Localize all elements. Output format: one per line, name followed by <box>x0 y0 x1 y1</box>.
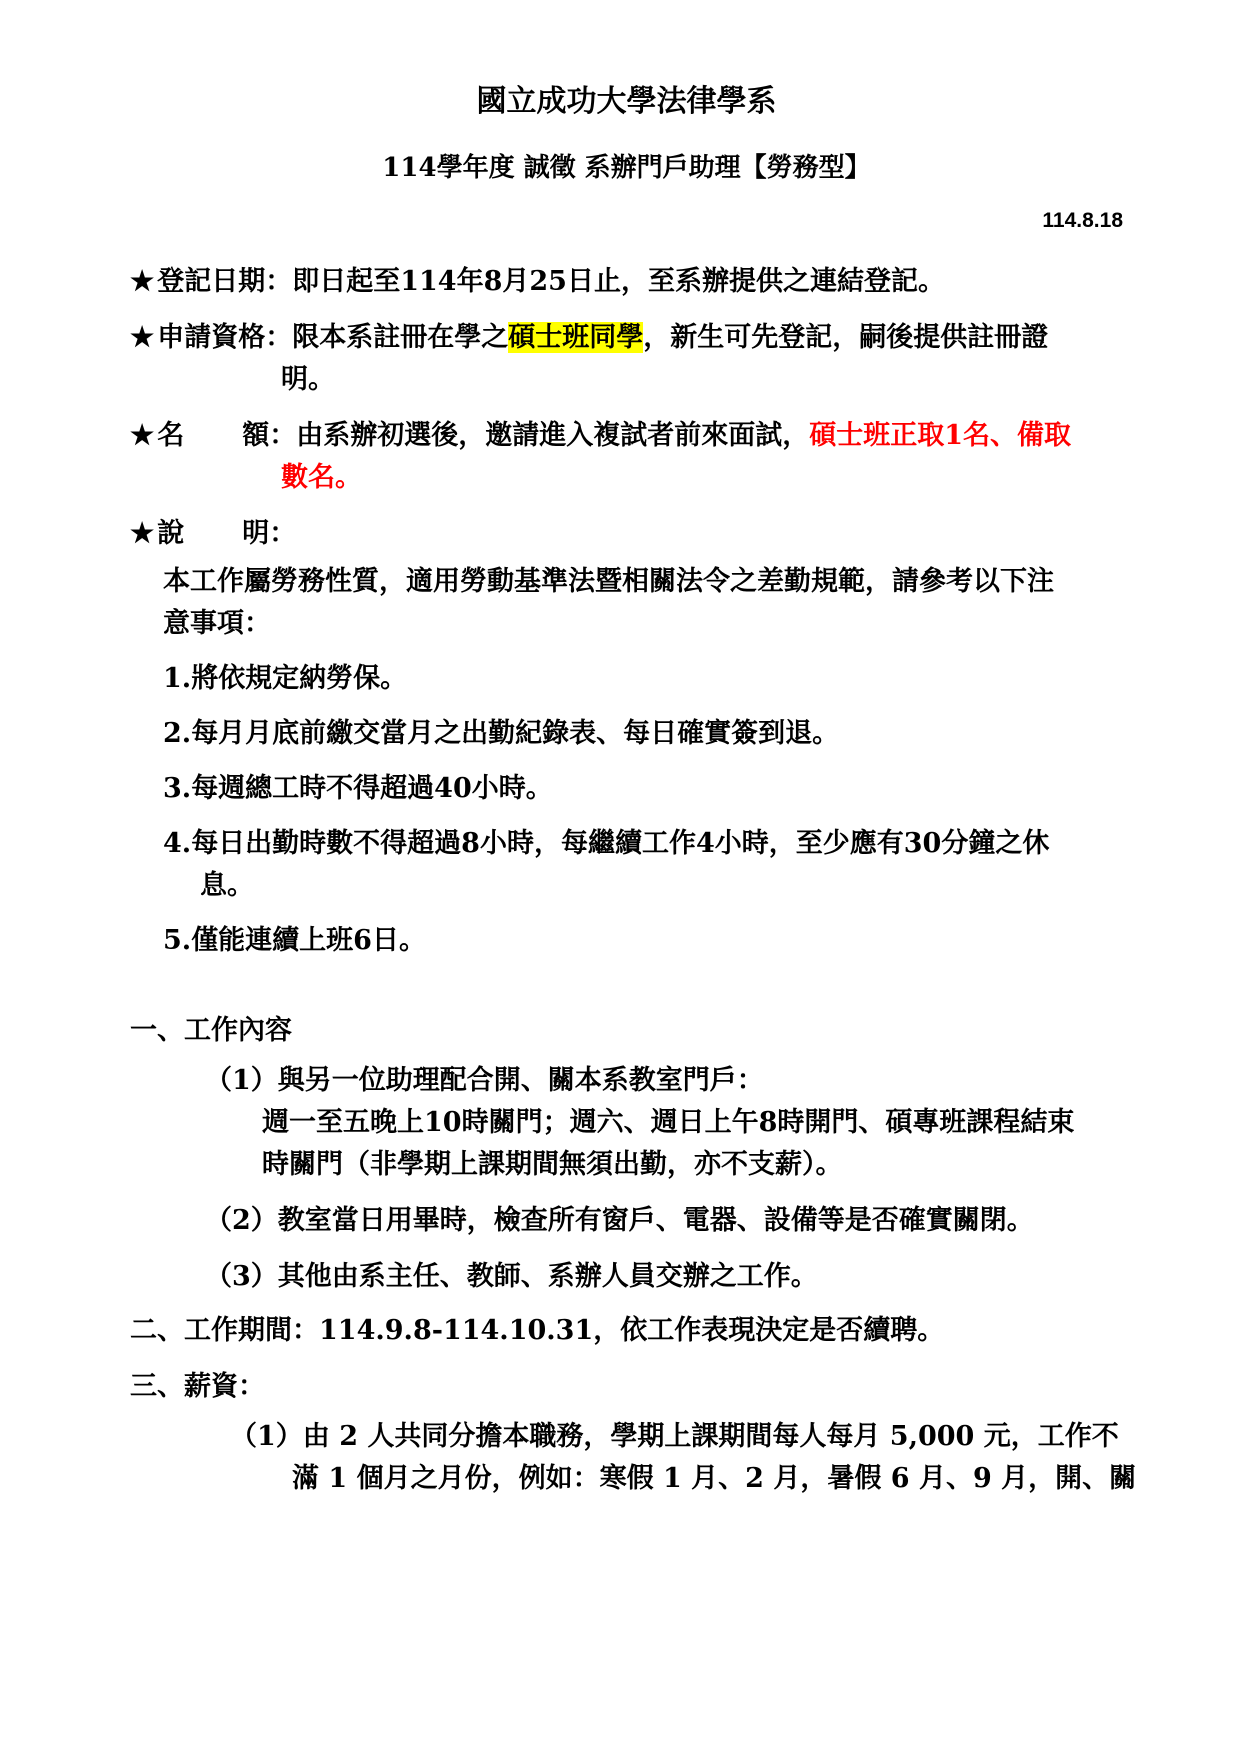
star-icon: ★ <box>130 415 154 457</box>
rule-item-1: 1.將依規定納勞保。 <box>130 658 1123 700</box>
page-title: 國立成功大學法律學系 <box>130 84 1123 120</box>
work-item-line-2: 週一至五晚上10時關門；週六、週日上午8時開門、碩專班課程結束 <box>205 1102 1123 1144</box>
rule-text-line-2: 息。 <box>163 865 1123 907</box>
rules-list: 1.將依規定納勞保。 2.每月月底前繳交當月之出勤紀錄表、每日確實簽到退。 3.… <box>130 658 1123 962</box>
section-title: 工作內容 <box>184 1015 292 1046</box>
quota-text: 由系辦初選後，邀請進入複試者前來面試， <box>296 420 809 451</box>
notice-line-1: 本工作屬勞務性質，適用勞動基準法暨相關法令之差勤規範，請參考以下注 <box>130 561 1123 603</box>
doc-date: 114.8.18 <box>130 208 1123 233</box>
rule-text: 每日出勤時數不得超過8小時，每繼續工作4小時，至少應有30分鐘之休 <box>191 828 1049 859</box>
rule-text: 將依規定納勞保。 <box>191 663 407 694</box>
rule-text: 僅能連續上班6日。 <box>191 925 426 956</box>
explanation-colon: ： <box>269 518 296 549</box>
section-number: 一、 <box>130 1015 184 1046</box>
item-number: （1） <box>205 1065 278 1096</box>
section-number: 二、 <box>130 1315 184 1346</box>
star-icon: ★ <box>130 261 154 303</box>
quota-label-b: 額 <box>242 420 269 451</box>
rule-number: 3. <box>163 773 191 804</box>
star-item-quota: ★名額：由系辦初選後，邀請進入複試者前來面試，碩士班正取1名、備取 數名。 <box>130 415 1123 499</box>
work-item-line-1: （1）與另一位助理配合開、關本系教室門戶： <box>205 1060 1123 1102</box>
section-text: 工作期間：114.9.8-114.10.31，依工作表現決定是否續聘。 <box>184 1315 944 1346</box>
qualification-text-post: ，新生可先登記，嗣後提供註冊證 <box>643 322 1048 353</box>
registration-text: 即日起至114年8月25日止，至系辦提供之連結登記。 <box>292 266 945 297</box>
star-icon: ★ <box>130 317 154 359</box>
salary-item-1: （1）由 2 人共同分擔本職務，學期上課期間每人每月 5,000 元，工作不 滿… <box>130 1416 1123 1500</box>
item-number: （3） <box>205 1261 278 1292</box>
document-page: 國立成功大學法律學系 114學年度 誠徵 系辦門戶助理【勞務型】 114.8.1… <box>0 0 1241 1500</box>
highlighted-text: 碩士班同學 <box>508 322 643 353</box>
rule-item-5: 5.僅能連續上班6日。 <box>130 920 1123 962</box>
rule-number: 1. <box>163 663 191 694</box>
rule-number: 2. <box>163 718 191 749</box>
star-item-registration: ★登記日期：即日起至114年8月25日止，至系辦提供之連結登記。 <box>130 261 1123 303</box>
rule-number: 5. <box>163 925 191 956</box>
quota-label-a: 名 <box>157 420 184 451</box>
page-subtitle: 114學年度 誠徵 系辦門戶助理【勞務型】 <box>130 152 1123 184</box>
item-text: 與另一位助理配合開、關本系教室門戶： <box>278 1065 764 1096</box>
section-salary-heading: 三、薪資： <box>130 1366 1123 1408</box>
explanation-label-b: 明 <box>242 518 269 549</box>
work-item-1: （1）與另一位助理配合開、關本系教室門戶： 週一至五晚上10時關門；週六、週日上… <box>130 1060 1123 1186</box>
explanation-label-a: 說 <box>157 518 184 549</box>
rule-number: 4. <box>163 828 191 859</box>
notice-paragraph: 本工作屬勞務性質，適用勞動基準法暨相關法令之差勤規範，請參考以下注 意事項： <box>130 561 1123 645</box>
section-title: 薪資： <box>184 1371 265 1402</box>
item-text: 教室當日用畢時，檢查所有窗戶、電器、設備等是否確實關閉。 <box>278 1205 1034 1236</box>
work-item-3: （3）其他由系主任、教師、系辦人員交辦之工作。 <box>130 1256 1123 1298</box>
registration-label: 登記日期 <box>157 266 265 297</box>
item-number: （1） <box>230 1421 303 1452</box>
item-number: （2） <box>205 1205 278 1236</box>
section-work-content-heading: 一、工作內容 <box>130 1010 1123 1052</box>
rule-item-4: 4.每日出勤時數不得超過8小時，每繼續工作4小時，至少應有30分鐘之休 息。 <box>130 823 1123 907</box>
work-item-2: （2）教室當日用畢時，檢查所有窗戶、電器、設備等是否確實關閉。 <box>130 1200 1123 1242</box>
star-item-qualification: ★申請資格：限本系註冊在學之碩士班同學，新生可先登記，嗣後提供註冊證 明。 <box>130 317 1123 401</box>
rule-item-3: 3.每週總工時不得超過40小時。 <box>130 768 1123 810</box>
qualification-colon: ： <box>265 322 292 353</box>
rule-text-line-1: 4.每日出勤時數不得超過8小時，每繼續工作4小時，至少應有30分鐘之休 <box>163 823 1123 865</box>
qualification-text-pre: 限本系註冊在學之 <box>292 322 508 353</box>
qualification-line-1: ★申請資格：限本系註冊在學之碩士班同學，新生可先登記，嗣後提供註冊證 <box>130 317 1123 359</box>
star-icon: ★ <box>130 513 154 555</box>
section-number: 三、 <box>130 1371 184 1402</box>
salary-item-line-2: 滿 1 個月之月份，例如：寒假 1 月、2 月，暑假 6 月、9 月，開、關 <box>230 1458 1123 1500</box>
rule-text: 每週總工時不得超過40小時。 <box>191 773 553 804</box>
quota-line-1: ★名額：由系辦初選後，邀請進入複試者前來面試，碩士班正取1名、備取 <box>130 415 1123 457</box>
item-text: 由 2 人共同分擔本職務，學期上課期間每人每月 5,000 元，工作不 <box>303 1421 1119 1452</box>
work-item-line-3: 時關門（非學期上課期間無須出勤，亦不支薪）。 <box>205 1144 1123 1186</box>
notice-line-2: 意事項： <box>130 603 1123 645</box>
salary-item-line-1: （1）由 2 人共同分擔本職務，學期上課期間每人每月 5,000 元，工作不 <box>230 1416 1123 1458</box>
item-text: 其他由系主任、教師、系辦人員交辦之工作。 <box>278 1261 818 1292</box>
quota-red-text-2: 數名。 <box>130 457 1123 499</box>
quota-colon: ： <box>269 420 296 451</box>
quota-red-text-1: 碩士班正取1名、備取 <box>809 420 1071 451</box>
registration-colon: ： <box>265 266 292 297</box>
qualification-line-2: 明。 <box>130 359 1123 401</box>
section-work-period-heading: 二、工作期間：114.9.8-114.10.31，依工作表現決定是否續聘。 <box>130 1310 1123 1352</box>
star-item-explanation: ★說明： <box>130 513 1123 555</box>
qualification-label: 申請資格 <box>157 322 265 353</box>
rule-item-2: 2.每月月底前繳交當月之出勤紀錄表、每日確實簽到退。 <box>130 713 1123 755</box>
rule-text: 每月月底前繳交當月之出勤紀錄表、每日確實簽到退。 <box>191 718 839 749</box>
